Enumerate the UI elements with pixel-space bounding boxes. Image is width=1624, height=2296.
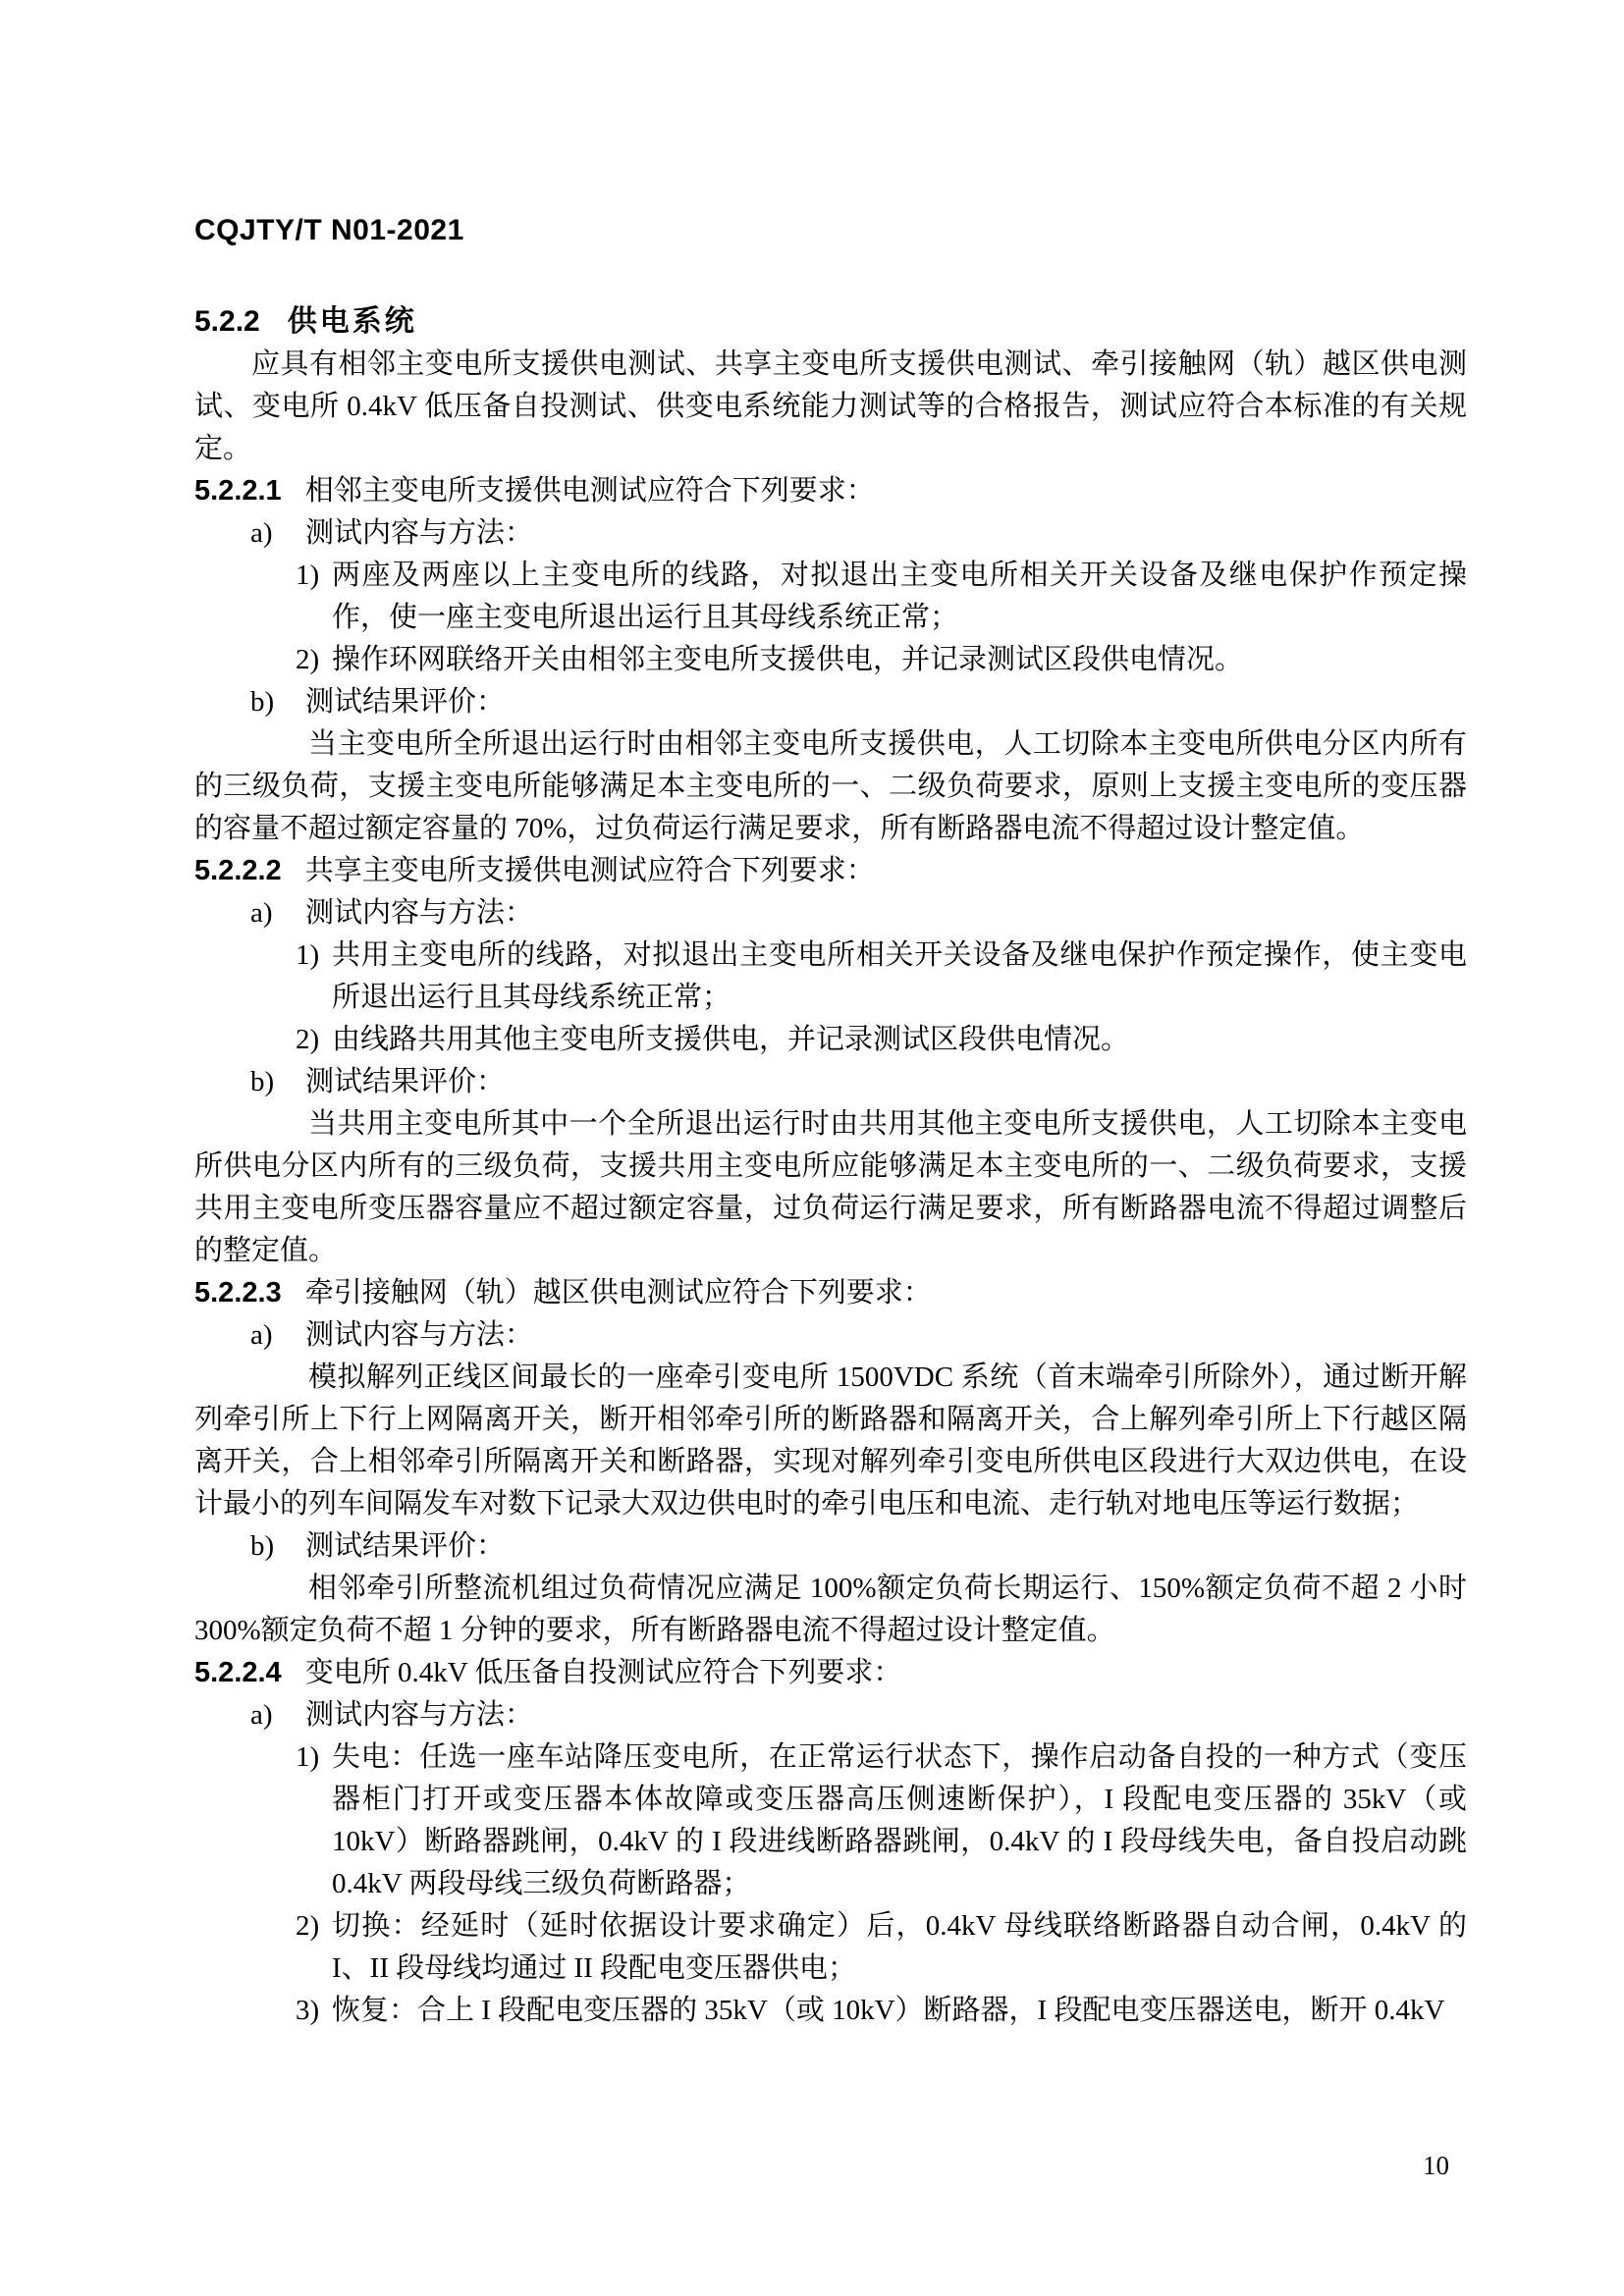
list-item-text: 测试结果评价： — [305, 686, 505, 718]
list-item-text: 切换：经延时（延时依据设计要求确定）后，0.4kV 母线联络断路器自动合闸，0.… — [332, 1910, 1467, 1984]
list-item-a: a)测试内容与方法： — [194, 512, 1467, 555]
clause-number: 5.2.2.3 — [194, 1277, 282, 1308]
evaluation-paragraph: 相邻牵引所整流机组过负荷情况应满足 100%额定负荷长期运行、150%额定负荷不… — [194, 1568, 1467, 1652]
list-item-label: 2) — [296, 1905, 319, 1948]
list-item-label: a) — [250, 892, 273, 934]
method-paragraph: 模拟解列正线区间最长的一座牵引变电所 1500VDC 系统（首末端牵引所除外），… — [194, 1357, 1467, 1525]
clause-number: 5.2.2.1 — [194, 475, 282, 507]
clause-number: 5.2.2.2 — [194, 855, 282, 886]
list-item-text: 由线路共用其他主变电所支援供电，并记录测试区段供电情况。 — [332, 1024, 1129, 1055]
list-item-text: 失电：任选一座车站降压变电所，在正常运行状态下，操作启动备自投的一种方式（变压器… — [332, 1741, 1467, 1899]
list-item-text: 两座及两座以上主变电所的线路，对拟退出主变电所相关开关设备及继电保护作预定操作，… — [332, 560, 1467, 633]
page-content: 5.2.2供电系统 应具有相邻主变电所支援供电测试、共享主变电所支援供电测试、牵… — [194, 300, 1467, 2032]
list-item-label: a) — [250, 1314, 273, 1357]
list-item-b: b)测试结果评价： — [194, 1525, 1467, 1568]
list-item-a: a)测试内容与方法： — [194, 1694, 1467, 1736]
clause-number: 5.2.2.4 — [194, 1657, 282, 1688]
clause-heading-5221: 5.2.2.1相邻主变电所支援供电测试应符合下列要求： — [194, 470, 1467, 512]
document-code-header: CQJTY/T N01-2021 — [194, 214, 464, 247]
list-item-2: 2)切换：经延时（延时依据设计要求确定）后，0.4kV 母线联络断路器自动合闸，… — [194, 1905, 1467, 1990]
list-item-a: a)测试内容与方法： — [194, 892, 1467, 934]
clause-title: 相邻主变电所支援供电测试应符合下列要求： — [305, 475, 875, 507]
list-item-a: a)测试内容与方法： — [194, 1314, 1467, 1357]
list-item-text: 共用主变电所的线路，对拟退出主变电所相关开关设备及继电保护作预定操作，使主变电所… — [332, 939, 1467, 1013]
list-item-label: a) — [250, 1694, 273, 1736]
list-item-1: 1)共用主变电所的线路，对拟退出主变电所相关开关设备及继电保护作预定操作，使主变… — [194, 934, 1467, 1019]
list-item-text: 测试内容与方法： — [305, 1699, 533, 1731]
list-item-text: 测试内容与方法： — [305, 1319, 533, 1351]
evaluation-paragraph: 当主变电所全所退出运行时由相邻主变电所支援供电，人工切除本主变电所供电分区内所有… — [194, 723, 1467, 850]
clause-title: 牵引接触网（轨）越区供电测试应符合下列要求： — [305, 1277, 932, 1308]
clause-heading-5224: 5.2.2.4变电所 0.4kV 低压备自投测试应符合下列要求： — [194, 1652, 1467, 1694]
clause-heading-5223: 5.2.2.3牵引接触网（轨）越区供电测试应符合下列要求： — [194, 1272, 1467, 1314]
section-number: 5.2.2 — [194, 305, 260, 338]
evaluation-paragraph: 当共用主变电所其中一个全所退出运行时由共用其他主变电所支援供电，人工切除本主变电… — [194, 1103, 1467, 1272]
list-item-label: 1) — [296, 555, 319, 597]
list-item-1: 1)失电：任选一座车站降压变电所，在正常运行状态下，操作启动备自投的一种方式（变… — [194, 1736, 1467, 1905]
list-item-label: 2) — [296, 639, 319, 681]
page-number: 10 — [1423, 2150, 1449, 2181]
clause-title: 共享主变电所支援供电测试应符合下列要求： — [305, 855, 875, 886]
list-item-text: 测试结果评价： — [305, 1530, 505, 1562]
intro-paragraph: 应具有相邻主变电所支援供电测试、共享主变电所支援供电测试、牵引接触网（轨）越区供… — [194, 344, 1467, 470]
document-page: CQJTY/T N01-2021 5.2.2供电系统 应具有相邻主变电所支援供电… — [0, 0, 1624, 2296]
list-item-2: 2)由线路共用其他主变电所支援供电，并记录测试区段供电情况。 — [194, 1019, 1467, 1061]
section-heading: 5.2.2供电系统 — [194, 300, 1467, 344]
list-item-label: b) — [250, 1061, 274, 1103]
list-item-2: 2)操作环网联络开关由相邻主变电所支援供电，并记录测试区段供电情况。 — [194, 639, 1467, 681]
list-item-b: b)测试结果评价： — [194, 1061, 1467, 1103]
list-item-3: 3)恢复：合上 I 段配电变压器的 35kV（或 10kV）断路器，I 段配电变… — [194, 1990, 1467, 2032]
list-item-b: b)测试结果评价： — [194, 681, 1467, 723]
clause-title: 变电所 0.4kV 低压备自投测试应符合下列要求： — [305, 1657, 902, 1688]
list-item-text: 恢复：合上 I 段配电变压器的 35kV（或 10kV）断路器，I 段配电变压器… — [332, 1995, 1444, 2026]
list-item-label: b) — [250, 681, 274, 723]
list-item-text: 测试内容与方法： — [305, 897, 533, 929]
list-item-text: 测试结果评价： — [305, 1066, 505, 1097]
list-item-label: a) — [250, 512, 273, 555]
clause-heading-5222: 5.2.2.2共享主变电所支援供电测试应符合下列要求： — [194, 850, 1467, 892]
list-item-label: 1) — [296, 934, 319, 977]
list-item-text: 操作环网联络开关由相邻主变电所支援供电，并记录测试区段供电情况。 — [332, 644, 1243, 675]
list-item-label: 3) — [296, 1990, 319, 2032]
list-item-text: 测试内容与方法： — [305, 517, 533, 549]
section-title: 供电系统 — [288, 305, 417, 338]
list-item-label: 1) — [296, 1736, 319, 1779]
list-item-label: 2) — [296, 1019, 319, 1061]
list-item-label: b) — [250, 1525, 274, 1568]
list-item-1: 1)两座及两座以上主变电所的线路，对拟退出主变电所相关开关设备及继电保护作预定操… — [194, 555, 1467, 639]
